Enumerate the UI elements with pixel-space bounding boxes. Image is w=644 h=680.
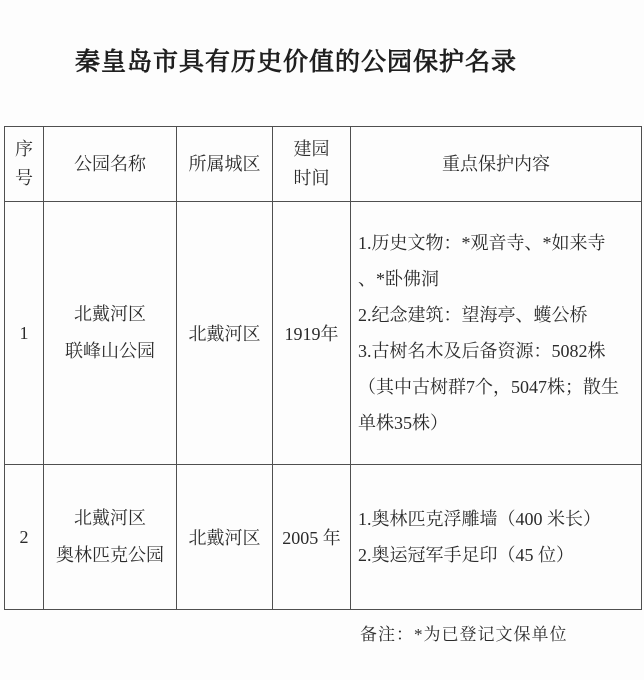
- cell-park-name: 北戴河区 联峰山公园: [44, 202, 177, 465]
- page-title: 秦皇岛市具有历史价值的公园保护名录: [0, 42, 592, 78]
- header-park-name: 公园名称: [44, 127, 177, 202]
- cell-built-year: 2005 年: [273, 465, 351, 610]
- cell-protection-content: 1.奥林匹克浮雕墙（400 米长） 2.奥运冠军手足印（45 位）: [351, 465, 642, 610]
- footnote: 备注：*为已登记文保单位: [360, 620, 568, 645]
- cell-park-name: 北戴河区 奥林匹克公园: [44, 465, 177, 610]
- park-protection-table: 序 号 公园名称 所属城区 建园 时间 重点保护内容 1 北戴河区 联峰山公园 …: [4, 126, 642, 610]
- cell-serial-number: 1: [5, 202, 44, 465]
- cell-district: 北戴河区: [177, 202, 273, 465]
- cell-protection-content: 1.历史文物：*观音寺、*如来寺 、*卧佛洞 2.纪念建筑：望海亭、蠖公桥 3.…: [351, 202, 642, 465]
- header-serial-number: 序 号: [5, 127, 44, 202]
- header-district: 所属城区: [177, 127, 273, 202]
- table-row: 2 北戴河区 奥林匹克公园 北戴河区 2005 年 1.奥林匹克浮雕墙（400 …: [5, 465, 642, 610]
- cell-built-year: 1919年: [273, 202, 351, 465]
- header-protection-content: 重点保护内容: [351, 127, 642, 202]
- table-header-row: 序 号 公园名称 所属城区 建园 时间 重点保护内容: [5, 127, 642, 202]
- cell-district: 北戴河区: [177, 465, 273, 610]
- cell-serial-number: 2: [5, 465, 44, 610]
- table-row: 1 北戴河区 联峰山公园 北戴河区 1919年 1.历史文物：*观音寺、*如来寺…: [5, 202, 642, 465]
- header-built-year: 建园 时间: [273, 127, 351, 202]
